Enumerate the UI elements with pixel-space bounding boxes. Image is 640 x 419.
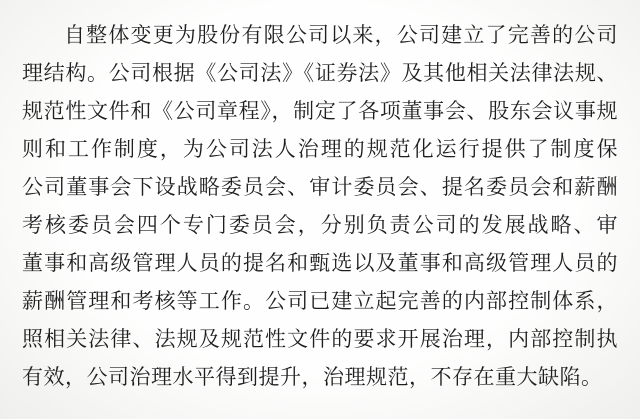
paragraph-line: 则和工作制度，为公司法人治理的规范化运行提供了制度保证。 <box>22 130 618 168</box>
paragraph-line: 有效，公司治理水平得到提升，治理规范，不存在重大缺陷。 <box>22 358 618 396</box>
paragraph-line: 考核委员会四个专门委员会，分别负责公司的发展战略、审计、 <box>22 206 618 244</box>
document-page: 自整体变更为股份有限公司以来，公司建立了完善的公司治 理结构。公司根据《公司法》… <box>0 0 640 419</box>
paragraph-line: 公司董事会下设战略委员会、审计委员会、提名委员会和薪酬与 <box>22 168 618 206</box>
paragraph-line: 薪酬管理和考核等工作。公司已建立起完善的内部控制体系，参 <box>22 282 618 320</box>
corporate-governance-paragraph: 自整体变更为股份有限公司以来，公司建立了完善的公司治 理结构。公司根据《公司法》… <box>22 16 618 396</box>
paragraph-line: 照相关法律、法规及规范性文件的要求开展治理，内部控制执行 <box>22 320 618 358</box>
paragraph-line: 理结构。公司根据《公司法》《证券法》及其他相关法律法规、 <box>22 54 618 92</box>
paragraph-line: 自整体变更为股份有限公司以来，公司建立了完善的公司治 <box>22 16 618 54</box>
paragraph-line: 规范性文件和《公司章程》，制定了各项董事会、股东会议事规 <box>22 92 618 130</box>
paragraph-line: 董事和高级管理人员的提名和甄选以及董事和高级管理人员的 <box>22 244 618 282</box>
